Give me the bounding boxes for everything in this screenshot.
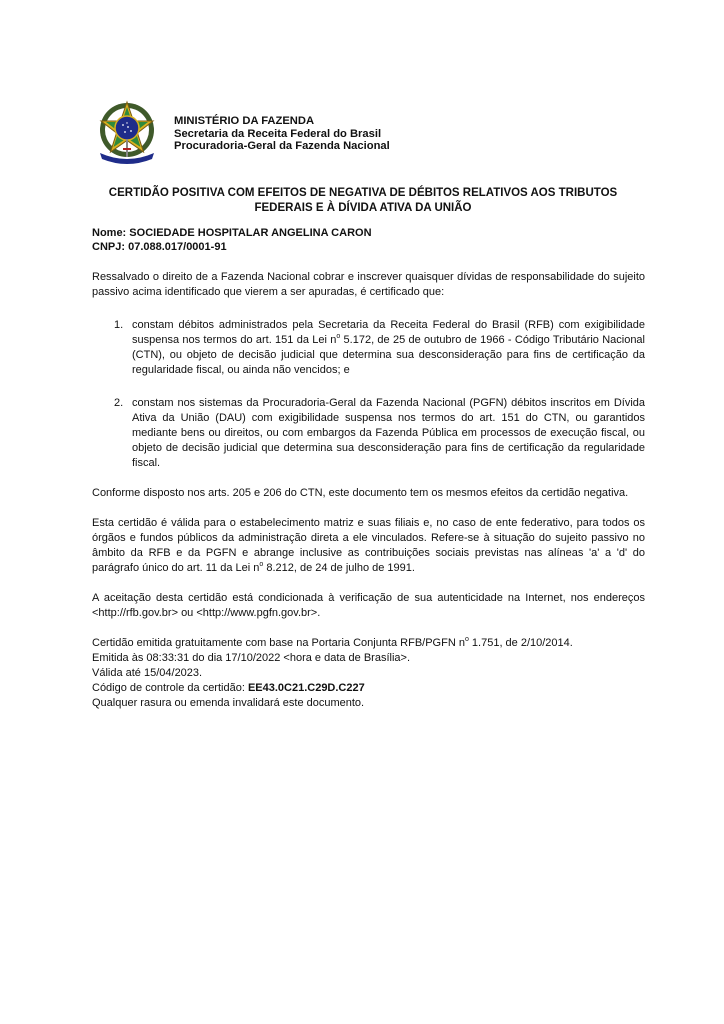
certificate-page: MINISTÉRIO DA FAZENDA Secretaria da Rece…	[0, 0, 724, 1024]
control-code: EE43.0C21.C29D.C227	[248, 682, 365, 694]
issuing-authorities: MINISTÉRIO DA FAZENDA Secretaria da Rece…	[174, 115, 390, 153]
name-label: Nome:	[92, 227, 126, 239]
validity-text-cont: 8.212, de 24 de julho de 1991.	[263, 562, 415, 574]
taxpayer-name-row: Nome: SOCIEDADE HOSPITALAR ANGELINA CARO…	[92, 227, 372, 241]
control-code-label: Código de controle da certidão:	[92, 682, 248, 694]
valid-until-line: Válida até 15/04/2023.	[92, 666, 645, 681]
title-line-1: CERTIDÃO POSITIVA COM EFEITOS DE NEGATIV…	[80, 186, 646, 201]
cnpj-label: CNPJ:	[92, 241, 125, 253]
certificate-footer: Certidão emitida gratuitamente com base …	[92, 636, 645, 711]
validity-paragraph: Esta certidão é válida para o estabeleci…	[92, 516, 645, 576]
document-header: MINISTÉRIO DA FAZENDA Secretaria da Rece…	[92, 97, 390, 167]
secretariat-name: Secretaria da Receita Federal do Brasil	[174, 128, 390, 141]
effects-paragraph: Conforme disposto nos arts. 205 e 206 do…	[92, 486, 645, 501]
findings-list: 1. constam débitos administrados pela Se…	[92, 318, 645, 471]
taxpayer-name: SOCIEDADE HOSPITALAR ANGELINA CARON	[129, 227, 371, 239]
taxpayer-cnpj: 07.088.017/0001-91	[128, 241, 226, 253]
issued-free-line: Certidão emitida gratuitamente com base …	[92, 636, 645, 651]
warning-line: Qualquer rasura ou emenda invalidará est…	[92, 696, 645, 711]
certificate-body: Ressalvado o direito de a Fazenda Nacion…	[92, 270, 645, 711]
item-text: constam nos sistemas da Procuradoria-Ger…	[132, 397, 645, 469]
issued-free-text-cont: 1.751, de 2/10/2014.	[469, 637, 573, 649]
title-line-2: FEDERAIS E À DÍVIDA ATIVA DA UNIÃO	[80, 201, 646, 216]
taxpayer-identification: Nome: SOCIEDADE HOSPITALAR ANGELINA CARO…	[92, 227, 372, 254]
attorney-general-office-name: Procuradoria-Geral da Fazenda Nacional	[174, 140, 390, 153]
control-code-line: Código de controle da certidão: EE43.0C2…	[92, 681, 645, 696]
issued-at-line: Emitida às 08:33:31 do dia 17/10/2022 <h…	[92, 651, 645, 666]
item-number: 2.	[114, 396, 123, 411]
taxpayer-cnpj-row: CNPJ: 07.088.017/0001-91	[92, 241, 372, 255]
brazil-coat-of-arms-icon	[92, 97, 162, 167]
item-number: 1.	[114, 318, 123, 333]
finding-item-2: 2. constam nos sistemas da Procuradoria-…	[104, 396, 645, 471]
issued-free-text: Certidão emitida gratuitamente com base …	[92, 637, 465, 649]
document-title: CERTIDÃO POSITIVA COM EFEITOS DE NEGATIV…	[80, 186, 646, 216]
acceptance-paragraph: A aceitação desta certidão está condicio…	[92, 591, 645, 621]
ministry-name: MINISTÉRIO DA FAZENDA	[174, 115, 390, 128]
finding-item-1: 1. constam débitos administrados pela Se…	[104, 318, 645, 378]
intro-paragraph: Ressalvado o direito de a Fazenda Nacion…	[92, 270, 645, 300]
